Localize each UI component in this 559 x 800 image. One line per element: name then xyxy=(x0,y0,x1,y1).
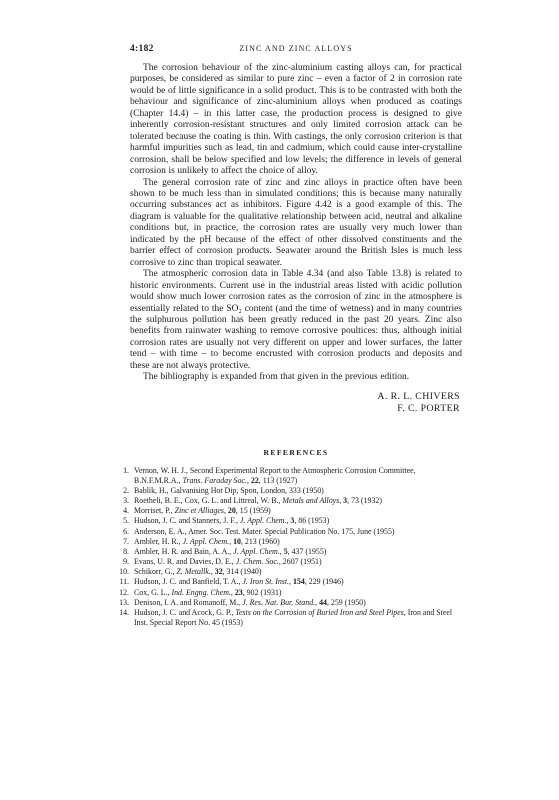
text-column: 4:182 ZINC AND ZINC ALLOYS The corrosion… xyxy=(130,44,462,628)
reference-text: Hudson, J. C. and Banfield, T. A., J. Ir… xyxy=(134,577,462,587)
reference-number: 11. xyxy=(116,577,129,587)
reference-number: 7. xyxy=(116,537,129,547)
reference-item: 5.Hudson, J. C. and Stanners, J. F., J. … xyxy=(116,516,462,526)
references-heading: REFERENCES xyxy=(130,448,462,457)
reference-item: 12.Cox, G. L., Ind. Engng. Chem., 23, 90… xyxy=(116,588,462,598)
book-page: 4:182 ZINC AND ZINC ALLOYS The corrosion… xyxy=(0,0,559,800)
reference-item: 9.Evans, U. R. and Davies, D. E., J. Che… xyxy=(116,557,462,567)
signature: A. R. L. CHIVERS xyxy=(130,391,460,403)
reference-number: 4. xyxy=(116,506,129,516)
reference-number: 2. xyxy=(116,486,129,496)
reference-item: 2.Bablik, H., Galvanising Hot Dip, Spon,… xyxy=(116,486,462,496)
reference-number: 9. xyxy=(116,557,129,567)
reference-number: 12. xyxy=(116,588,129,598)
reference-item: 8.Ambler, H. R. and Bain, A. A., J. Appl… xyxy=(116,547,462,557)
reference-text: Ambler, H. R., J. Appl. Chem., 10, 213 (… xyxy=(134,537,462,547)
body-text: The corrosion behaviour of the zinc-alum… xyxy=(130,63,462,384)
reference-item: 13.Denison, I. A. and Romanoff, M., J. R… xyxy=(116,598,462,608)
author-signatures: A. R. L. CHIVERSF. C. PORTER xyxy=(130,391,462,415)
reference-number: 14. xyxy=(116,608,129,628)
reference-text: Denison, I. A. and Romanoff, M., J. Res.… xyxy=(134,598,462,608)
signature: F. C. PORTER xyxy=(130,403,460,415)
reference-text: Hudson, J. C. and Stanners, J. F., J. Ap… xyxy=(134,516,462,526)
paragraph: The bibliography is expanded from that g… xyxy=(130,372,462,383)
running-title: ZINC AND ZINC ALLOYS xyxy=(130,44,462,53)
reference-text: Cox, G. L., Ind. Engng. Chem., 23, 902 (… xyxy=(134,588,462,598)
paragraph: The corrosion behaviour of the zinc-alum… xyxy=(130,63,462,178)
page-header: 4:182 ZINC AND ZINC ALLOYS xyxy=(130,44,462,58)
reference-item: 4.Morriset, P., Zinc et Alliages, 20, 15… xyxy=(116,506,462,516)
reference-number: 6. xyxy=(116,527,129,537)
reference-number: 13. xyxy=(116,598,129,608)
reference-item: 10.Schikorr, G., Z. Metallk., 32, 314 (1… xyxy=(116,567,462,577)
reference-number: 8. xyxy=(116,547,129,557)
reference-item: 11.Hudson, J. C. and Banfield, T. A., J.… xyxy=(116,577,462,587)
reference-text: Roetheli, B. E., Cox, G. L. and Littreal… xyxy=(134,496,462,506)
reference-text: Ambler, H. R. and Bain, A. A., J. Appl. … xyxy=(134,547,462,557)
reference-text: Bablik, H., Galvanising Hot Dip, Spon, L… xyxy=(134,486,462,496)
reference-text: Schikorr, G., Z. Metallk., 32, 314 (1940… xyxy=(134,567,462,577)
reference-item: 7.Ambler, H. R., J. Appl. Chem., 10, 213… xyxy=(116,537,462,547)
reference-item: 1.Vernon, W. H. J., Second Experimental … xyxy=(116,466,462,486)
reference-text: Hudson, J. C. and Acock, G. P., Tests on… xyxy=(134,608,462,628)
references-list: 1.Vernon, W. H. J., Second Experimental … xyxy=(116,466,462,629)
reference-number: 10. xyxy=(116,567,129,577)
reference-text: Morriset, P., Zinc et Alliages, 20, 15 (… xyxy=(134,506,462,516)
reference-item: 14.Hudson, J. C. and Acock, G. P., Tests… xyxy=(116,608,462,628)
reference-number: 5. xyxy=(116,516,129,526)
paragraph: The general corrosion rate of zinc and z… xyxy=(130,178,462,270)
reference-text: Evans, U. R. and Davies, D. E., J. Chem.… xyxy=(134,557,462,567)
reference-number: 3. xyxy=(116,496,129,506)
reference-text: Anderson, E. A., Amer. Soc. Test. Mater.… xyxy=(134,527,462,537)
page-number: 4:182 xyxy=(130,44,154,54)
reference-number: 1. xyxy=(116,466,129,486)
reference-item: 3.Roetheli, B. E., Cox, G. L. and Littre… xyxy=(116,496,462,506)
reference-item: 6.Anderson, E. A., Amer. Soc. Test. Mate… xyxy=(116,527,462,537)
paragraph: The atmospheric corrosion data in Table … xyxy=(130,269,462,372)
reference-text: Vernon, W. H. J., Second Experimental Re… xyxy=(134,466,462,486)
